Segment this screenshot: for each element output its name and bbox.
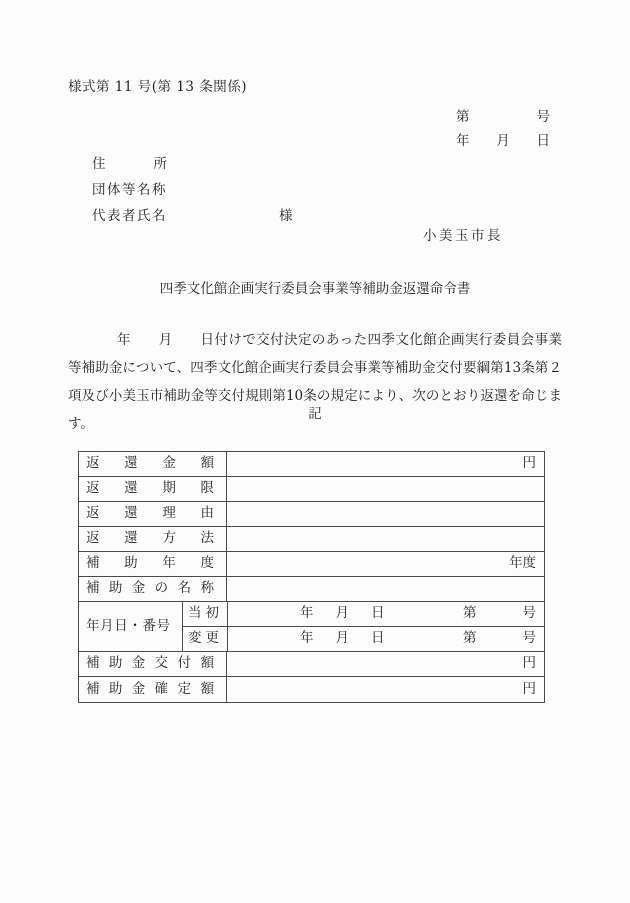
row-label: 補助金の名称 xyxy=(79,577,227,601)
row-label: 年月日・番号 xyxy=(79,602,183,651)
subrow-change: 変更 年 月 日 第 号 xyxy=(183,627,544,651)
row-value: 円 xyxy=(227,452,544,476)
issue-date-line: 年月日 xyxy=(456,135,550,149)
row-value xyxy=(227,477,544,501)
table-row-return-reason: 返還理由 xyxy=(79,502,544,527)
table-row-return-deadline: 返還期限 xyxy=(79,477,544,502)
row-value: 年度 xyxy=(227,552,544,576)
date-number-subrows: 当初 年 月 日 第 号 変更 年 月 日 第 xyxy=(183,602,544,651)
note-heading-ki: 記 xyxy=(68,408,562,422)
subrow-initial: 当初 年 月 日 第 号 xyxy=(183,602,544,627)
subrow-kind: 変更 xyxy=(183,627,228,651)
unit-yen: 円 xyxy=(523,657,537,671)
subrow-date-value: 年 月 日 第 号 xyxy=(228,627,544,651)
row-label: 返還金額 xyxy=(79,452,227,476)
table-row-return-method: 返還方法 xyxy=(79,527,544,552)
unit-nendo: 年度 xyxy=(509,557,536,571)
row-value: 円 xyxy=(227,652,544,676)
sender-mayor: 小美玉市長 xyxy=(423,230,503,244)
subrow-kind: 当初 xyxy=(183,602,228,626)
row-label: 補助金交付額 xyxy=(79,652,227,676)
form-number: 様式第 11 号(第 13 条関係) xyxy=(68,81,247,95)
row-label: 返還期限 xyxy=(79,477,227,501)
row-value: 円 xyxy=(227,677,544,702)
return-order-table: 返還金額 円 返還期限 返還理由 返還方法 補助年度 年度 補助金の名称 年月日… xyxy=(78,451,545,703)
document-page: 様式第 11 号(第 13 条関係) 第号 年月日 住所 団体等名称 代表者氏名… xyxy=(0,0,630,903)
recipient-rep-line: 代表者氏名 様 xyxy=(92,210,392,224)
row-value xyxy=(227,502,544,526)
table-row-subsidy-year: 補助年度 年度 xyxy=(79,552,544,577)
honorific-sama: 様 xyxy=(279,210,293,224)
document-title: 四季文化館企画実行委員会事業等補助金返還命令書 xyxy=(0,283,630,297)
row-label: 補助金確定額 xyxy=(79,677,227,702)
row-label: 返還理由 xyxy=(79,502,227,526)
row-label: 返還方法 xyxy=(79,527,227,551)
table-row-return-amount: 返還金額 円 xyxy=(79,452,544,477)
table-row-date-number: 年月日・番号 当初 年 月 日 第 号 変更 年 月 xyxy=(79,602,544,652)
recipient-rep-label: 代表者氏名 xyxy=(92,208,167,224)
table-row-subsidy-granted-amount: 補助金交付額 円 xyxy=(79,652,544,677)
document-number-line: 第号 xyxy=(456,111,550,125)
table-row-subsidy-name: 補助金の名称 xyxy=(79,577,544,602)
recipient-address-label: 住所 xyxy=(92,158,167,172)
unit-yen: 円 xyxy=(523,457,537,471)
table-row-subsidy-fixed-amount: 補助金確定額 円 xyxy=(79,677,544,702)
row-label: 補助年度 xyxy=(79,552,227,576)
unit-yen: 円 xyxy=(523,683,537,697)
row-value xyxy=(227,577,544,601)
subrow-date-value: 年 月 日 第 号 xyxy=(228,602,544,626)
recipient-org-label: 団体等名称 xyxy=(92,184,167,198)
row-value xyxy=(227,527,544,551)
